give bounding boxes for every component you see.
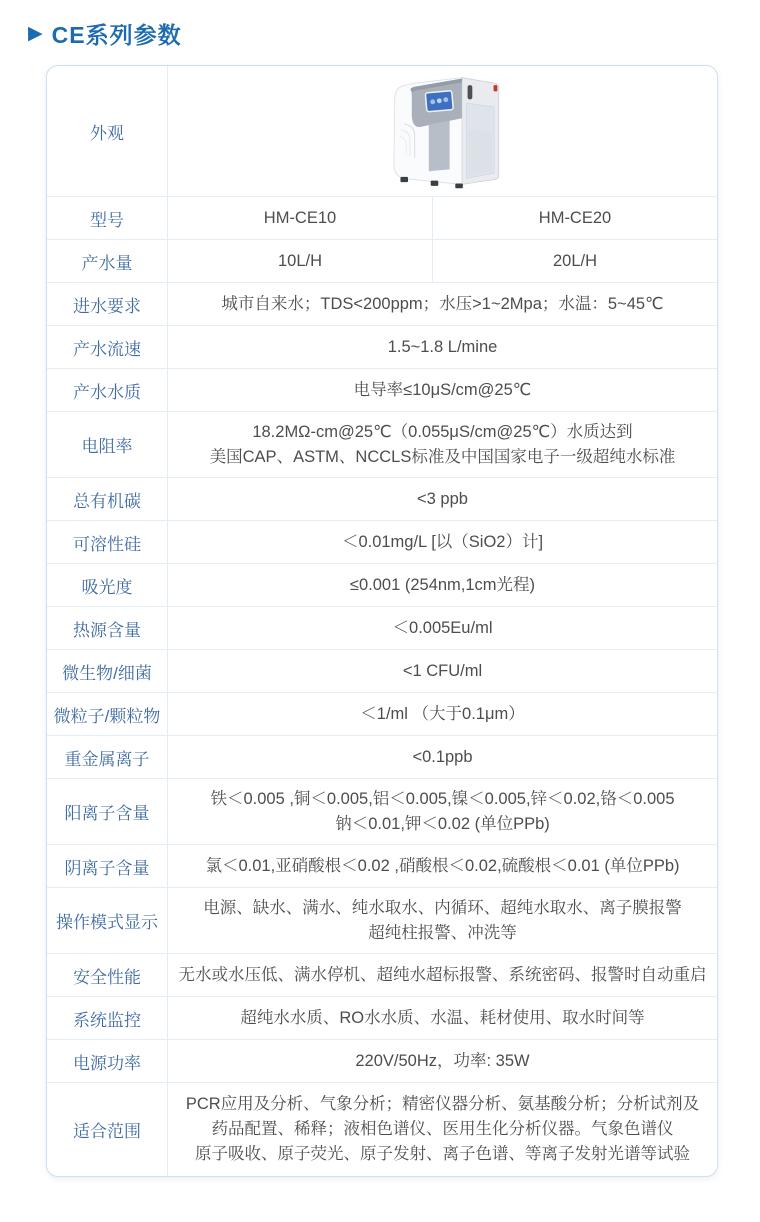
table-row-anions: 阴离子含量 氯＜0.01,亚硝酸根＜0.02 ,硝酸根＜0.02,硫酸根＜0.0… <box>47 844 717 887</box>
row-value: 城市自来水；TDS<200ppm；水压>1~2Mpa；水温：5~45℃ <box>168 283 717 325</box>
row-label: 外观 <box>47 66 168 196</box>
row-value: ≤0.001 (254nm,1cm光程) <box>168 564 717 606</box>
spec-table: 外观 <box>46 65 718 1177</box>
value-line: 电源、缺水、满水、纯水取水、内循环、超纯水取水、离子膜报警 <box>203 896 682 921</box>
value-line: 铁＜0.005 ,铜＜0.005,铝＜0.005,镍＜0.005,锌＜0.02,… <box>210 787 674 812</box>
row-value: 电导率≤10μS/cm@25℃ <box>168 369 717 411</box>
row-label: 阴离子含量 <box>47 845 168 887</box>
table-row-toc: 总有机碳 <3 ppb <box>47 477 717 520</box>
table-row-model: 型号 HM-CE10 HM-CE20 <box>47 196 717 239</box>
row-label: 安全性能 <box>47 954 168 996</box>
table-row-pyrogen: 热源含量 ＜0.005Eu/ml <box>47 606 717 649</box>
table-row-absorbance: 吸光度 ≤0.001 (254nm,1cm光程) <box>47 563 717 606</box>
row-value: 18.2MΩ-cm@25℃（0.055μS/cm@25℃）水质达到 美国CAP、… <box>168 412 717 477</box>
table-row-power: 电源功率 220V/50Hz，功率: 35W <box>47 1039 717 1082</box>
table-row-monitoring: 系统监控 超纯水水质、RO水水质、水温、耗材使用、取水时间等 <box>47 996 717 1039</box>
page-title: ▶ CE系列参数 <box>0 0 760 50</box>
row-value: <3 ppb <box>168 478 717 520</box>
value-line: 超纯柱报警、冲洗等 <box>368 921 517 946</box>
table-row-heavy-metal: 重金属离子 <0.1ppb <box>47 735 717 778</box>
row-label: 吸光度 <box>47 564 168 606</box>
row-label: 产水流速 <box>47 326 168 368</box>
row-label: 电阻率 <box>47 412 168 477</box>
table-row-resistivity: 电阻率 18.2MΩ-cm@25℃（0.055μS/cm@25℃）水质达到 美国… <box>47 411 717 477</box>
value-line: 18.2MΩ-cm@25℃（0.055μS/cm@25℃）水质达到 <box>252 420 632 445</box>
value-line: 药品配置、稀释；液相色谱仪、医用生化分析仪器。气象色谱仪 <box>212 1117 674 1142</box>
table-row-particles: 微粒子/颗粒物 ＜1/ml （大于0.1μm） <box>47 692 717 735</box>
row-label: 系统监控 <box>47 997 168 1039</box>
row-label: 微粒子/颗粒物 <box>47 693 168 735</box>
row-value-output-1: 10L/H <box>168 240 433 282</box>
row-value: <0.1ppb <box>168 736 717 778</box>
table-row-output: 产水量 10L/H 20L/H <box>47 239 717 282</box>
row-value: 超纯水水质、RO水水质、水温、耗材使用、取水时间等 <box>168 997 717 1039</box>
row-value-output-2: 20L/H <box>433 240 717 282</box>
table-row-applications: 适合范围 PCR应用及分析、气象分析；精密仪器分析、氨基酸分析；分析试剂及 药品… <box>47 1082 717 1176</box>
row-value: 氯＜0.01,亚硝酸根＜0.02 ,硝酸根＜0.02,硫酸根＜0.01 (单位P… <box>168 845 717 887</box>
row-value: ＜0.005Eu/ml <box>168 607 717 649</box>
table-row-operation-modes: 操作模式显示 电源、缺水、满水、纯水取水、内循环、超纯水取水、离子膜报警 超纯柱… <box>47 887 717 953</box>
page: ▶ CE系列参数 外观 <box>0 0 760 1222</box>
table-row-safety: 安全性能 无水或水压低、满水停机、超纯水超标报警、系统密码、报警时自动重启 <box>47 953 717 996</box>
row-value: ＜1/ml （大于0.1μm） <box>168 693 717 735</box>
value-line: PCR应用及分析、气象分析；精密仪器分析、氨基酸分析；分析试剂及 <box>186 1092 699 1117</box>
table-row-silica: 可溶性硅 ＜0.01mg/L [以（SiO2）计] <box>47 520 717 563</box>
table-row-appearance: 外观 <box>47 66 717 196</box>
title-arrow-icon: ▶ <box>28 24 43 43</box>
row-value: 220V/50Hz，功率: 35W <box>168 1040 717 1082</box>
row-label: 可溶性硅 <box>47 521 168 563</box>
row-label: 热源含量 <box>47 607 168 649</box>
row-value <box>168 66 717 196</box>
row-label: 微生物/细菌 <box>47 650 168 692</box>
row-value: ＜0.01mg/L [以（SiO2）计] <box>168 521 717 563</box>
row-label: 电源功率 <box>47 1040 168 1082</box>
row-label: 适合范围 <box>47 1083 168 1176</box>
row-value: 1.5~1.8 L/mine <box>168 326 717 368</box>
table-row-inlet: 进水要求 城市自来水；TDS<200ppm；水压>1~2Mpa；水温：5~45℃ <box>47 282 717 325</box>
row-label: 型号 <box>47 197 168 239</box>
row-value: 无水或水压低、满水停机、超纯水超标报警、系统密码、报警时自动重启 <box>168 954 717 996</box>
value-line: 钠＜0.01,钾＜0.02 (单位PPb) <box>335 812 550 837</box>
table-row-bacteria: 微生物/细菌 <1 CFU/ml <box>47 649 717 692</box>
table-row-cations: 阳离子含量 铁＜0.005 ,铜＜0.005,铝＜0.005,镍＜0.005,锌… <box>47 778 717 844</box>
row-value-model-2: HM-CE20 <box>433 197 717 239</box>
row-label: 产水量 <box>47 240 168 282</box>
row-value-model-1: HM-CE10 <box>168 197 433 239</box>
row-label: 操作模式显示 <box>47 888 168 953</box>
row-label: 阳离子含量 <box>47 779 168 844</box>
row-label: 重金属离子 <box>47 736 168 778</box>
value-line: 美国CAP、ASTM、NCCLS标准及中国国家电子一级超纯水标准 <box>210 445 676 470</box>
row-label: 总有机碳 <box>47 478 168 520</box>
row-value: 电源、缺水、满水、纯水取水、内循环、超纯水取水、离子膜报警 超纯柱报警、冲洗等 <box>168 888 717 953</box>
table-row-flow-rate: 产水流速 1.5~1.8 L/mine <box>47 325 717 368</box>
row-value: PCR应用及分析、气象分析；精密仪器分析、氨基酸分析；分析试剂及 药品配置、稀释… <box>168 1083 717 1176</box>
row-label: 进水要求 <box>47 283 168 325</box>
row-value: <1 CFU/ml <box>168 650 717 692</box>
value-line: 原子吸收、原子荧光、原子发射、离子色谱、等离子发射光谱等试验 <box>195 1142 690 1167</box>
table-row-water-quality: 产水水质 电导率≤10μS/cm@25℃ <box>47 368 717 411</box>
row-value: 铁＜0.005 ,铜＜0.005,铝＜0.005,镍＜0.005,锌＜0.02,… <box>168 779 717 844</box>
water-purifier-image <box>372 71 514 192</box>
page-title-text: CE系列参数 <box>52 17 182 50</box>
row-label: 产水水质 <box>47 369 168 411</box>
